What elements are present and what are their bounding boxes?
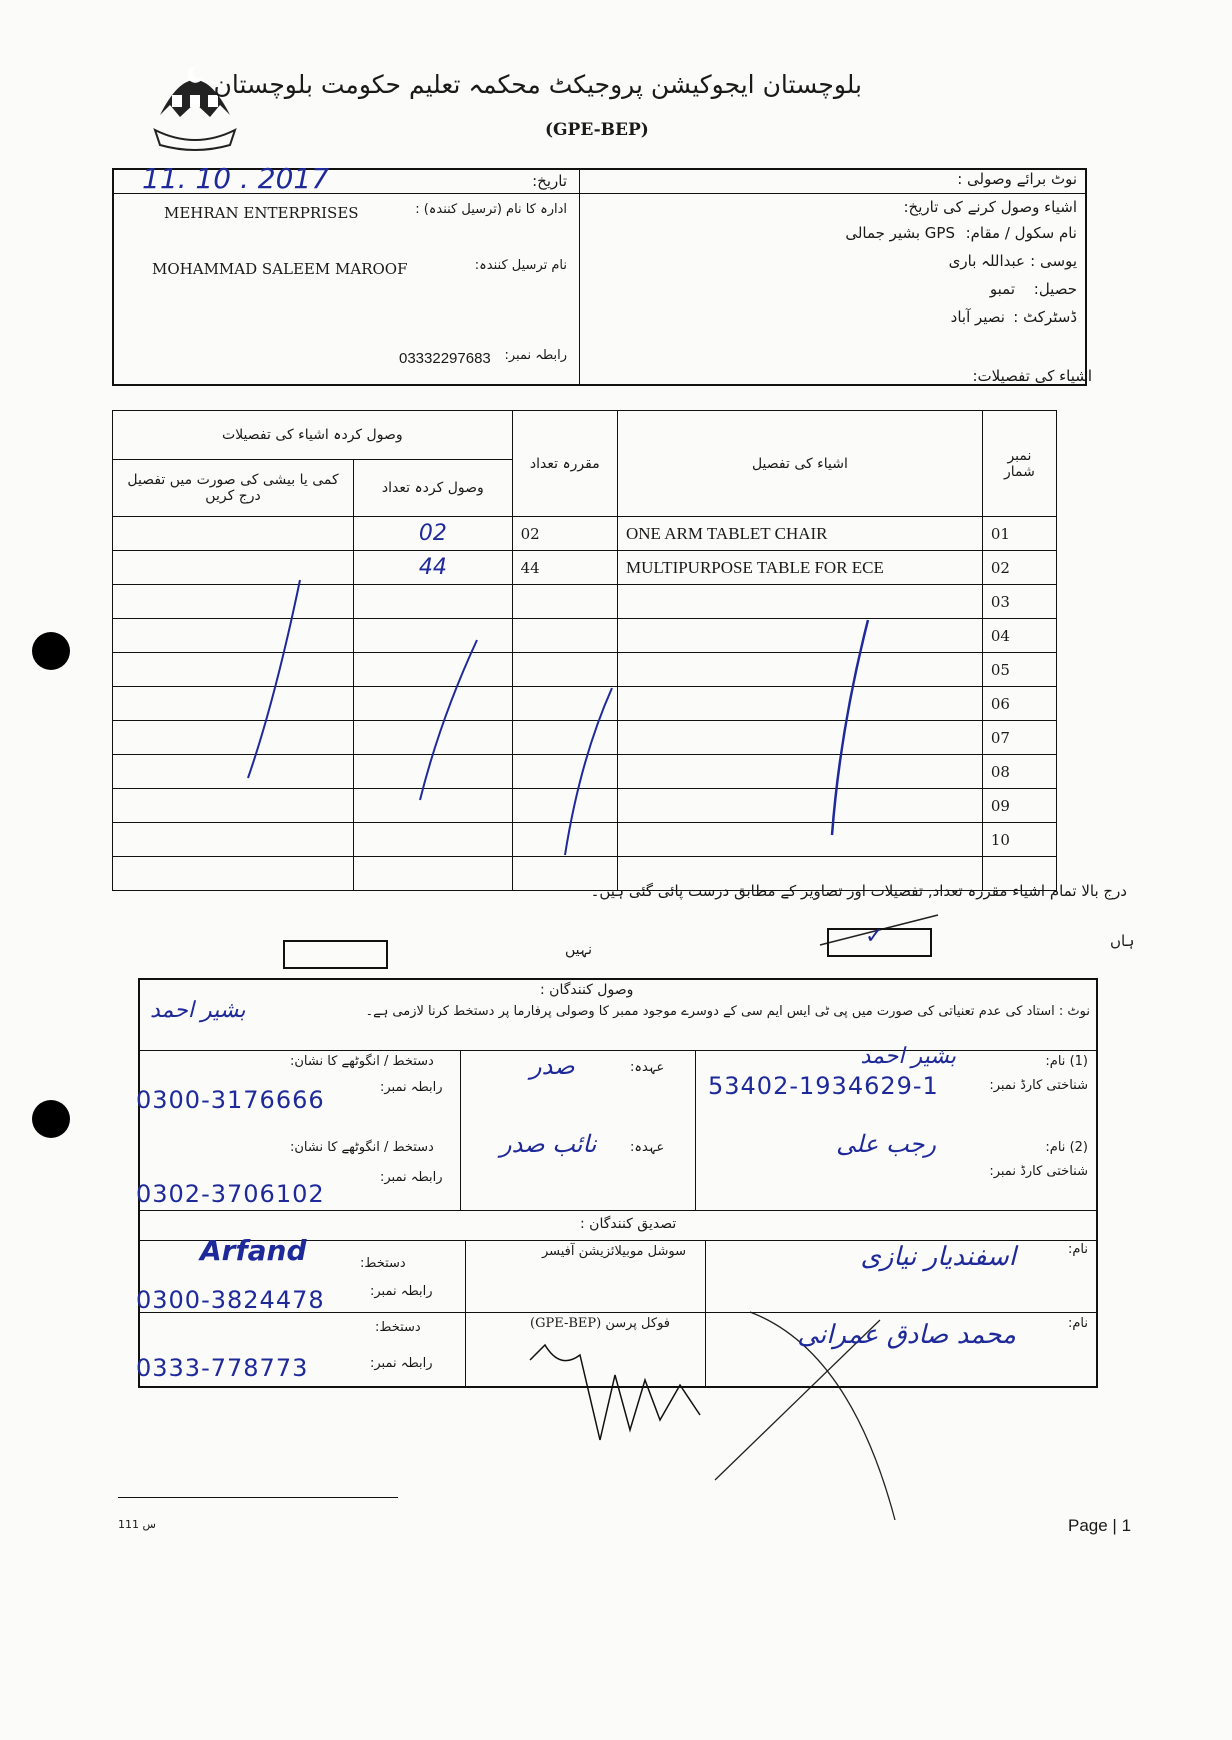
verifier-2-role: فوکل پرسن (GPE-BEP) — [530, 1316, 670, 1331]
verifier-2-contact[interactable]: 0333-778773 — [136, 1354, 308, 1382]
receivers-verifiers-box: وصول کنندگان : نوٹ : استاد کی عدم تعنیات… — [138, 978, 1098, 1388]
receiver-2-contact-label: رابطہ نمبر: — [380, 1170, 443, 1185]
confirmation-statement: درج بالا تمام اشیاء مقررہ تعداد, تفصیلات… — [587, 882, 1127, 900]
receiver-2-name[interactable]: رجب علی — [836, 1130, 936, 1158]
yes-checkbox[interactable]: ✓ — [827, 928, 932, 957]
note-handwritten-name: بشیر احمد — [150, 998, 246, 1023]
no-checkbox[interactable] — [283, 940, 388, 969]
verifier-2-name[interactable]: محمد صادق عمرانی — [797, 1320, 1016, 1350]
verifier-2-contact-label: رابطہ نمبر: — [370, 1356, 433, 1371]
receiver-1-signature-label: دستخط / انگوٹھے کا نشان: — [290, 1054, 434, 1069]
receiver-2-name-label: (2) نام: — [1045, 1140, 1088, 1155]
receiver-2-designation-label: عہدہ: — [630, 1140, 664, 1155]
receiver-2-signature-label: دستخط / انگوٹھے کا نشان: — [290, 1140, 434, 1155]
receiver-1-designation[interactable]: صدر — [530, 1052, 575, 1080]
page-number: Page | 1 — [1068, 1516, 1131, 1536]
receiver-1-name-label: (1) نام: — [1045, 1054, 1088, 1069]
verifier-1-signature-label: دستخط: — [360, 1256, 406, 1271]
pen-strike-marks — [0, 0, 1232, 1740]
verifier-2-signature-label: دستخط: — [375, 1320, 421, 1335]
receivers-note: نوٹ : استاد کی عدم تعنیاتی کی صورت میں پ… — [365, 1004, 1090, 1019]
verifier-1-role: سوشل موبیلائزیشن آفیسر — [542, 1244, 686, 1259]
verifier-1-name[interactable]: اسفندیار نیازی — [860, 1242, 1016, 1272]
receivers-title: وصول کنندگان : — [540, 982, 633, 998]
receiver-1-cnic-label: شناختی کارڈ نمبر: — [989, 1078, 1088, 1093]
verifier-2-name-label: نام: — [1068, 1316, 1088, 1331]
verifiers-title: تصدیق کنندگان : — [580, 1216, 676, 1232]
checkmark-icon: ✓ — [865, 924, 883, 949]
receiver-1-contact[interactable]: 0300-3176666 — [136, 1086, 325, 1114]
footnote: س 111 — [118, 1518, 156, 1531]
receiver-2-contact[interactable]: 0302-3706102 — [136, 1180, 325, 1208]
receiver-1-name[interactable]: بشیر احمد — [861, 1044, 957, 1069]
receiver-2-designation[interactable]: نائب صدر — [500, 1130, 596, 1158]
verifier-1-contact-label: رابطہ نمبر: — [370, 1284, 433, 1299]
receiver-2-cnic-label: شناختی کارڈ نمبر: — [989, 1164, 1088, 1179]
receiver-1-cnic[interactable]: 53402-1934629-1 — [708, 1072, 939, 1100]
verifier-1-signature[interactable]: Arfand — [200, 1234, 307, 1267]
verifier-1-name-label: نام: — [1068, 1242, 1088, 1257]
yes-label: ہاں — [1110, 932, 1134, 950]
verifier-1-contact[interactable]: 0300-3824478 — [136, 1286, 325, 1314]
receiver-1-contact-label: رابطہ نمبر: — [380, 1080, 443, 1095]
no-label: نہیں — [565, 942, 592, 958]
footnote-divider — [118, 1497, 398, 1498]
receiver-1-designation-label: عہدہ: — [630, 1060, 664, 1075]
